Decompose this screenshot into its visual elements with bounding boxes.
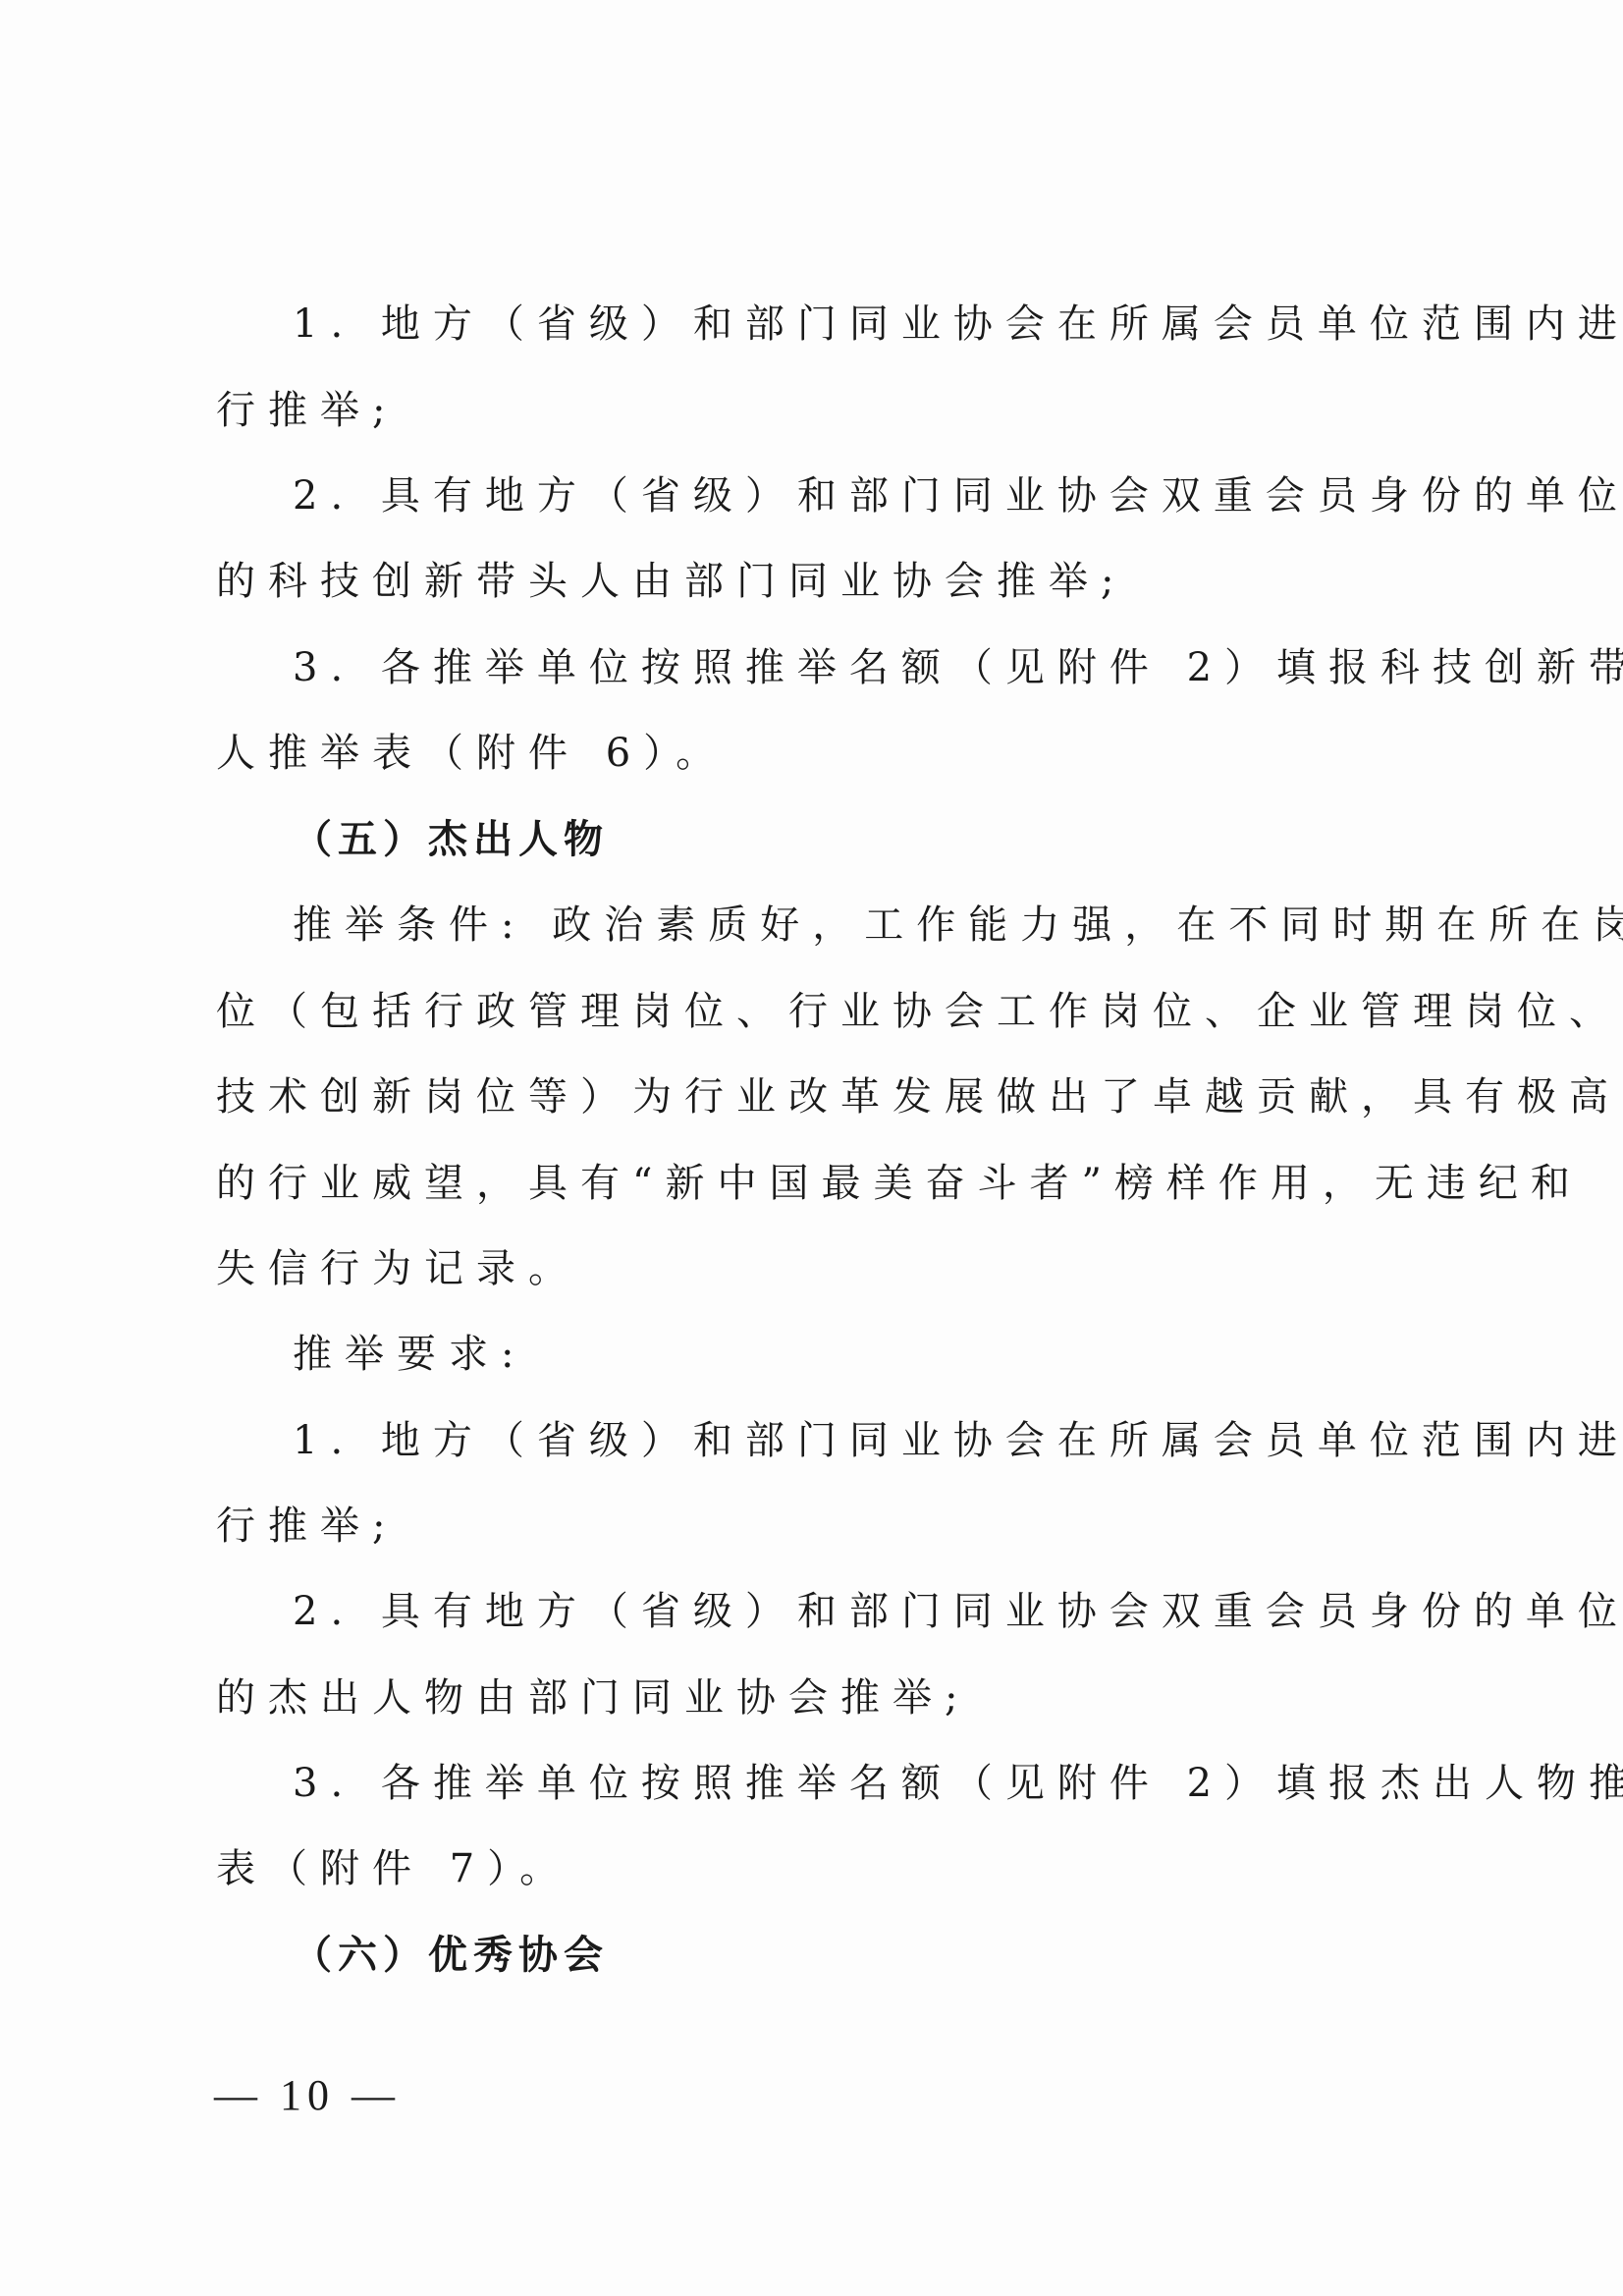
paragraph-line: 失信行为记录。 [216, 1239, 1414, 1298]
paragraph-line: 的行业威望，具有“新中国最美奋斗者”榜样作用，无违纪和 [216, 1154, 1414, 1213]
paragraph-line: 2. 具有地方（省级）和部门同业协会双重会员身份的单位 [293, 466, 1414, 525]
paragraph-line: 的科技创新带头人由部门同业协会推举; [216, 552, 1414, 611]
paragraph-line: 行推举; [216, 1497, 1414, 1556]
paragraph-line: 推举条件: 政治素质好，工作能力强，在不同时期在所在岗 [293, 896, 1414, 955]
paragraph-line: 推举要求: [293, 1325, 1414, 1384]
paragraph-line: 1. 地方（省级）和部门同业协会在所属会员单位范围内进 [293, 295, 1414, 354]
section-heading-excellent-associations: （六）优秀协会 [293, 1926, 1414, 1985]
paragraph-line: 3. 各推举单位按照推举名额（见附件 2）填报科技创新带头 [293, 638, 1414, 697]
paragraph-line: 位（包括行政管理岗位、行业协会工作岗位、企业管理岗位、 [216, 982, 1414, 1041]
document-page: 1. 地方（省级）和部门同业协会在所属会员单位范围内进 行推举; 2. 具有地方… [0, 0, 1623, 2296]
paragraph-line: 表（附件 7）。 [216, 1839, 1414, 1898]
section-heading-outstanding-figures: （五）杰出人物 [293, 810, 1414, 869]
page-number: — 10 — [214, 2070, 401, 2120]
paragraph-line: 2. 具有地方（省级）和部门同业协会双重会员身份的单位 [293, 1582, 1414, 1641]
paragraph-line: 3. 各推举单位按照推举名额（见附件 2）填报杰出人物推举 [293, 1754, 1414, 1813]
paragraph-line: 人推举表（附件 6）。 [216, 724, 1414, 783]
paragraph-line: 1. 地方（省级）和部门同业协会在所属会员单位范围内进 [293, 1411, 1414, 1470]
paragraph-line: 的杰出人物由部门同业协会推举; [216, 1668, 1414, 1727]
paragraph-line: 技术创新岗位等）为行业改革发展做出了卓越贡献，具有极高 [216, 1067, 1414, 1126]
paragraph-line: 行推举; [216, 381, 1414, 440]
